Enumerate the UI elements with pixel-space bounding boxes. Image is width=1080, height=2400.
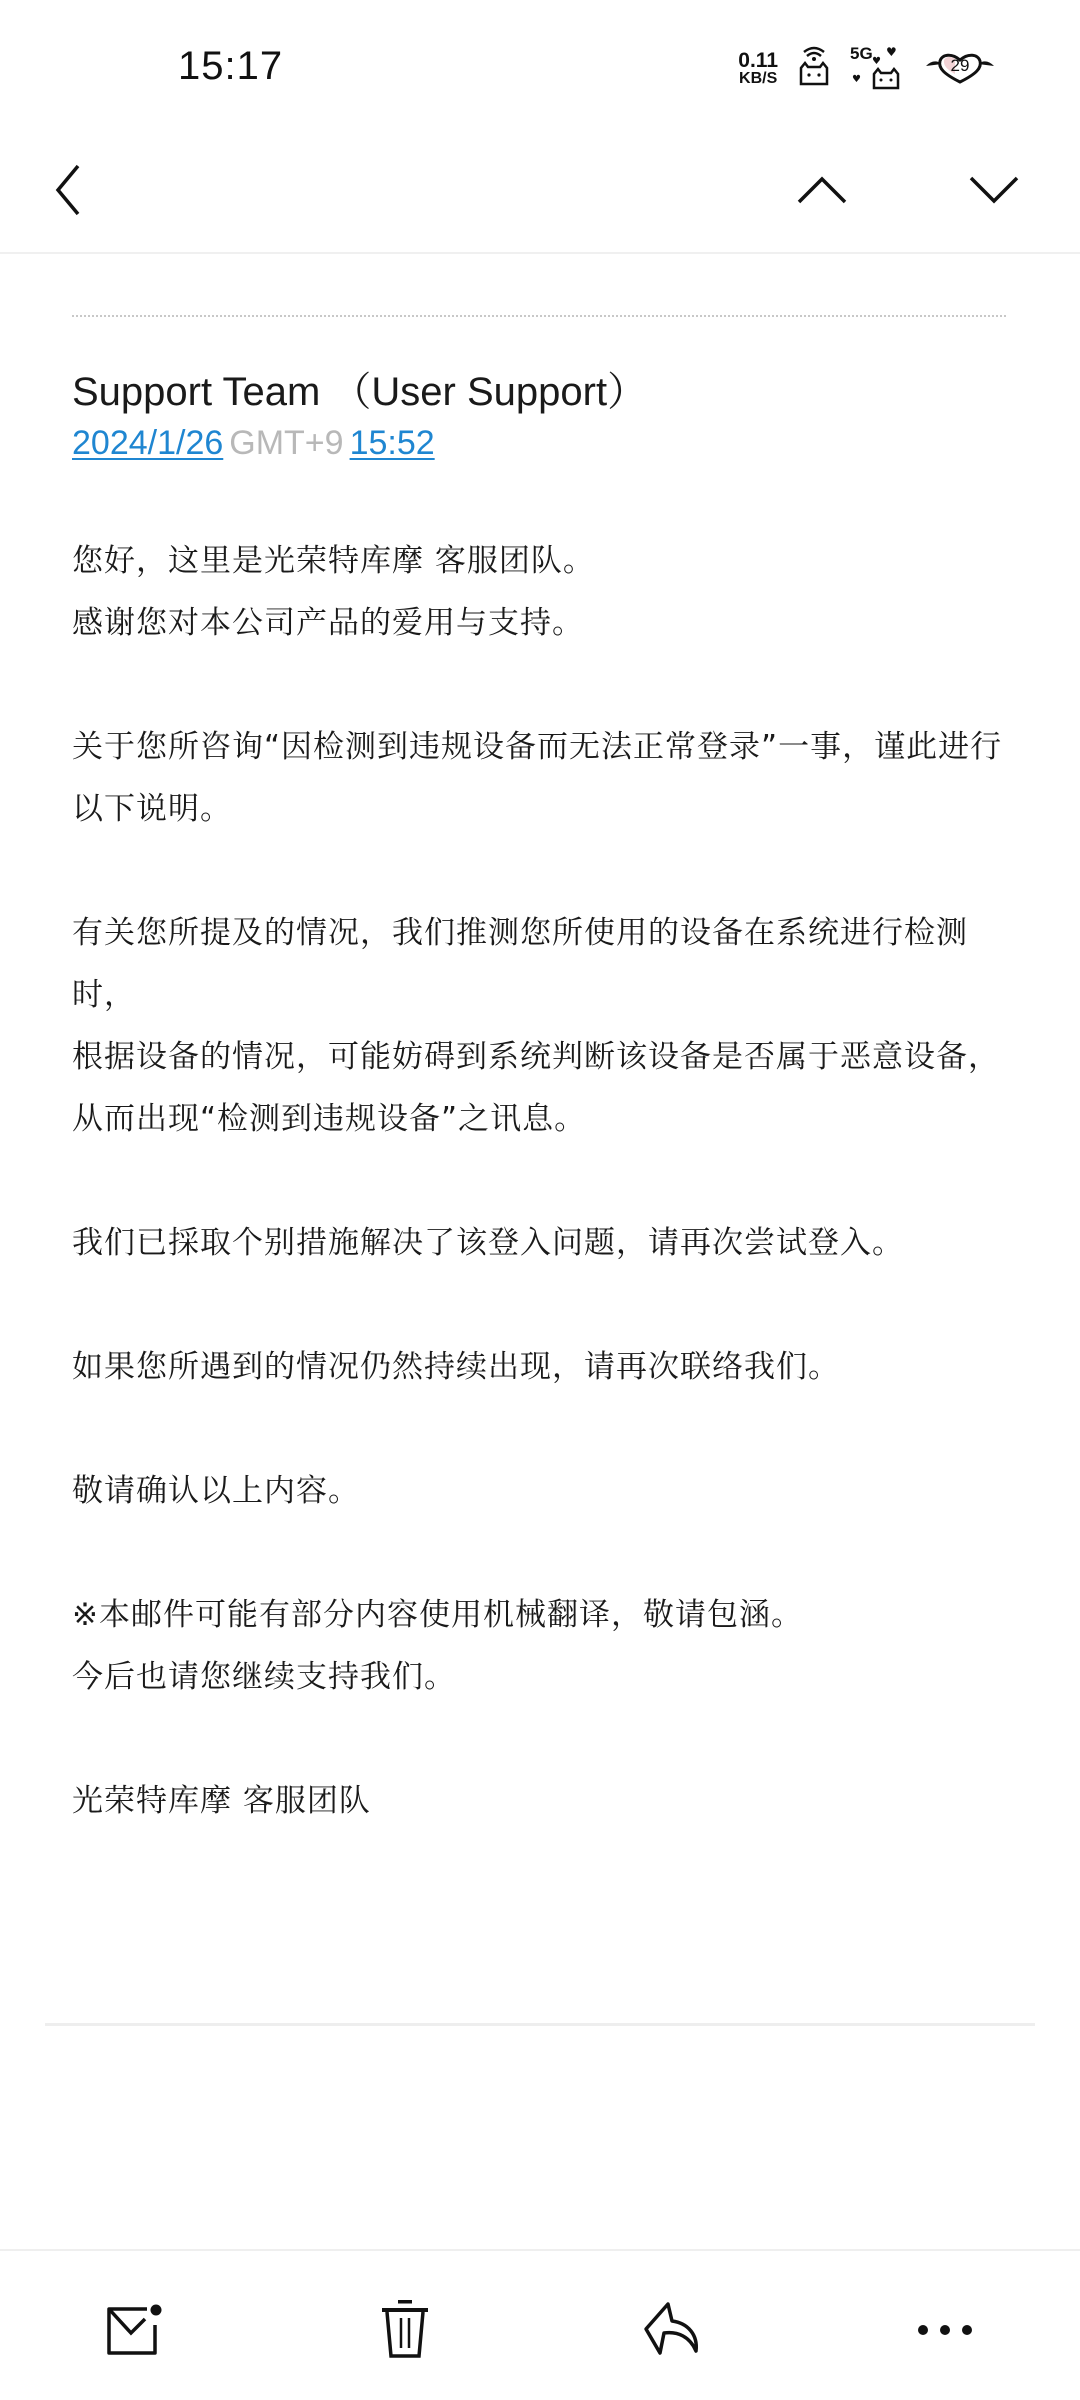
body-line: 感谢您对本公司产品的爱用与支持。	[72, 592, 1012, 654]
network-speed-value: 0.11	[738, 50, 778, 71]
battery-icon: 29	[924, 48, 996, 88]
body-blank	[72, 1150, 1012, 1212]
body-line: 我们已採取个别措施解决了该登入问题，请再次尝试登入。	[72, 1212, 1012, 1274]
email-timezone: GMT+9	[229, 424, 343, 462]
email-date-link[interactable]: 2024/1/26	[72, 424, 223, 462]
battery-level: 29	[924, 56, 996, 76]
svg-text:♥: ♥	[852, 74, 861, 85]
body-line: 今后也请您继续支持我们。	[72, 1646, 1012, 1708]
body-line: 从而出现“检测到违规设备”之讯息。	[72, 1088, 1012, 1150]
body-blank	[72, 840, 1012, 902]
body-line: 有关您所提及的情况，我们推测您所使用的设备在系统进行检测时，	[72, 902, 1012, 1026]
more-button[interactable]	[900, 2291, 990, 2371]
body-line: 如果您所遇到的情况仍然持续出现，请再次联络我们。	[72, 1336, 1012, 1398]
status-time: 15:17	[178, 44, 283, 89]
body-line: 根据设备的情况，可能妨碍到系统判断该设备是否属于恶意设备，	[72, 1026, 1012, 1088]
back-button[interactable]	[28, 152, 108, 232]
body-line: 您好，这里是光荣特库摩 客服团队。	[72, 530, 1012, 592]
body-blank	[72, 654, 1012, 716]
signature: 光荣特库摩 客服团队	[72, 1770, 1012, 1832]
mark-unread-button[interactable]	[90, 2291, 180, 2371]
email-time-link[interactable]: 15:52	[350, 424, 435, 462]
mail-unread-icon	[103, 2301, 167, 2361]
reply-button[interactable]	[630, 2291, 720, 2371]
body-line: 敬请确认以上内容。	[72, 1460, 1012, 1522]
sender-name[interactable]: Support Team （User Support）	[72, 360, 647, 417]
body-blank	[72, 1522, 1012, 1584]
content-end-divider	[45, 2023, 1035, 2026]
status-icons: 0.11 KB/S 5G ♥ ♥ ♥	[738, 46, 996, 90]
previous-email-button[interactable]	[782, 152, 862, 232]
chevron-left-icon	[52, 164, 84, 220]
more-dots-icon	[915, 2322, 975, 2341]
body-line: 关于您所咨询“因检测到违规设备而无法正常登录”一事，谨此进行以下说明。	[72, 716, 1012, 840]
top-nav	[0, 130, 1080, 254]
svg-text:♥: ♥	[872, 56, 881, 67]
network-speed-unit: KB/S	[739, 71, 777, 87]
delete-button[interactable]	[360, 2291, 450, 2371]
body-blank	[72, 1398, 1012, 1460]
status-bar: 15:17 0.11 KB/S 5G ♥ ♥ ♥	[0, 0, 1080, 130]
body-line: ※本邮件可能有部分内容使用机械翻译，敬请包涵。	[72, 1584, 1012, 1646]
email-body: 您好，这里是光荣特库摩 客服团队。 感谢您对本公司产品的爱用与支持。 关于您所咨…	[72, 530, 1012, 1832]
bottom-action-bar	[0, 2249, 1080, 2400]
chevron-up-icon	[796, 175, 848, 209]
next-email-button[interactable]	[954, 152, 1034, 232]
svg-text:♥: ♥	[886, 46, 897, 59]
chevron-down-icon	[968, 175, 1020, 209]
network-speed: 0.11 KB/S	[738, 50, 778, 87]
wifi-icon	[796, 44, 832, 92]
body-blank	[72, 1274, 1012, 1336]
body-blank	[72, 1708, 1012, 1770]
reply-icon	[642, 2301, 708, 2361]
email-datetime: 2024/1/26GMT+915:52	[72, 424, 435, 463]
header-divider	[72, 315, 1006, 317]
trash-icon	[379, 2298, 431, 2364]
signal-icon: 5G ♥ ♥ ♥	[850, 46, 906, 90]
